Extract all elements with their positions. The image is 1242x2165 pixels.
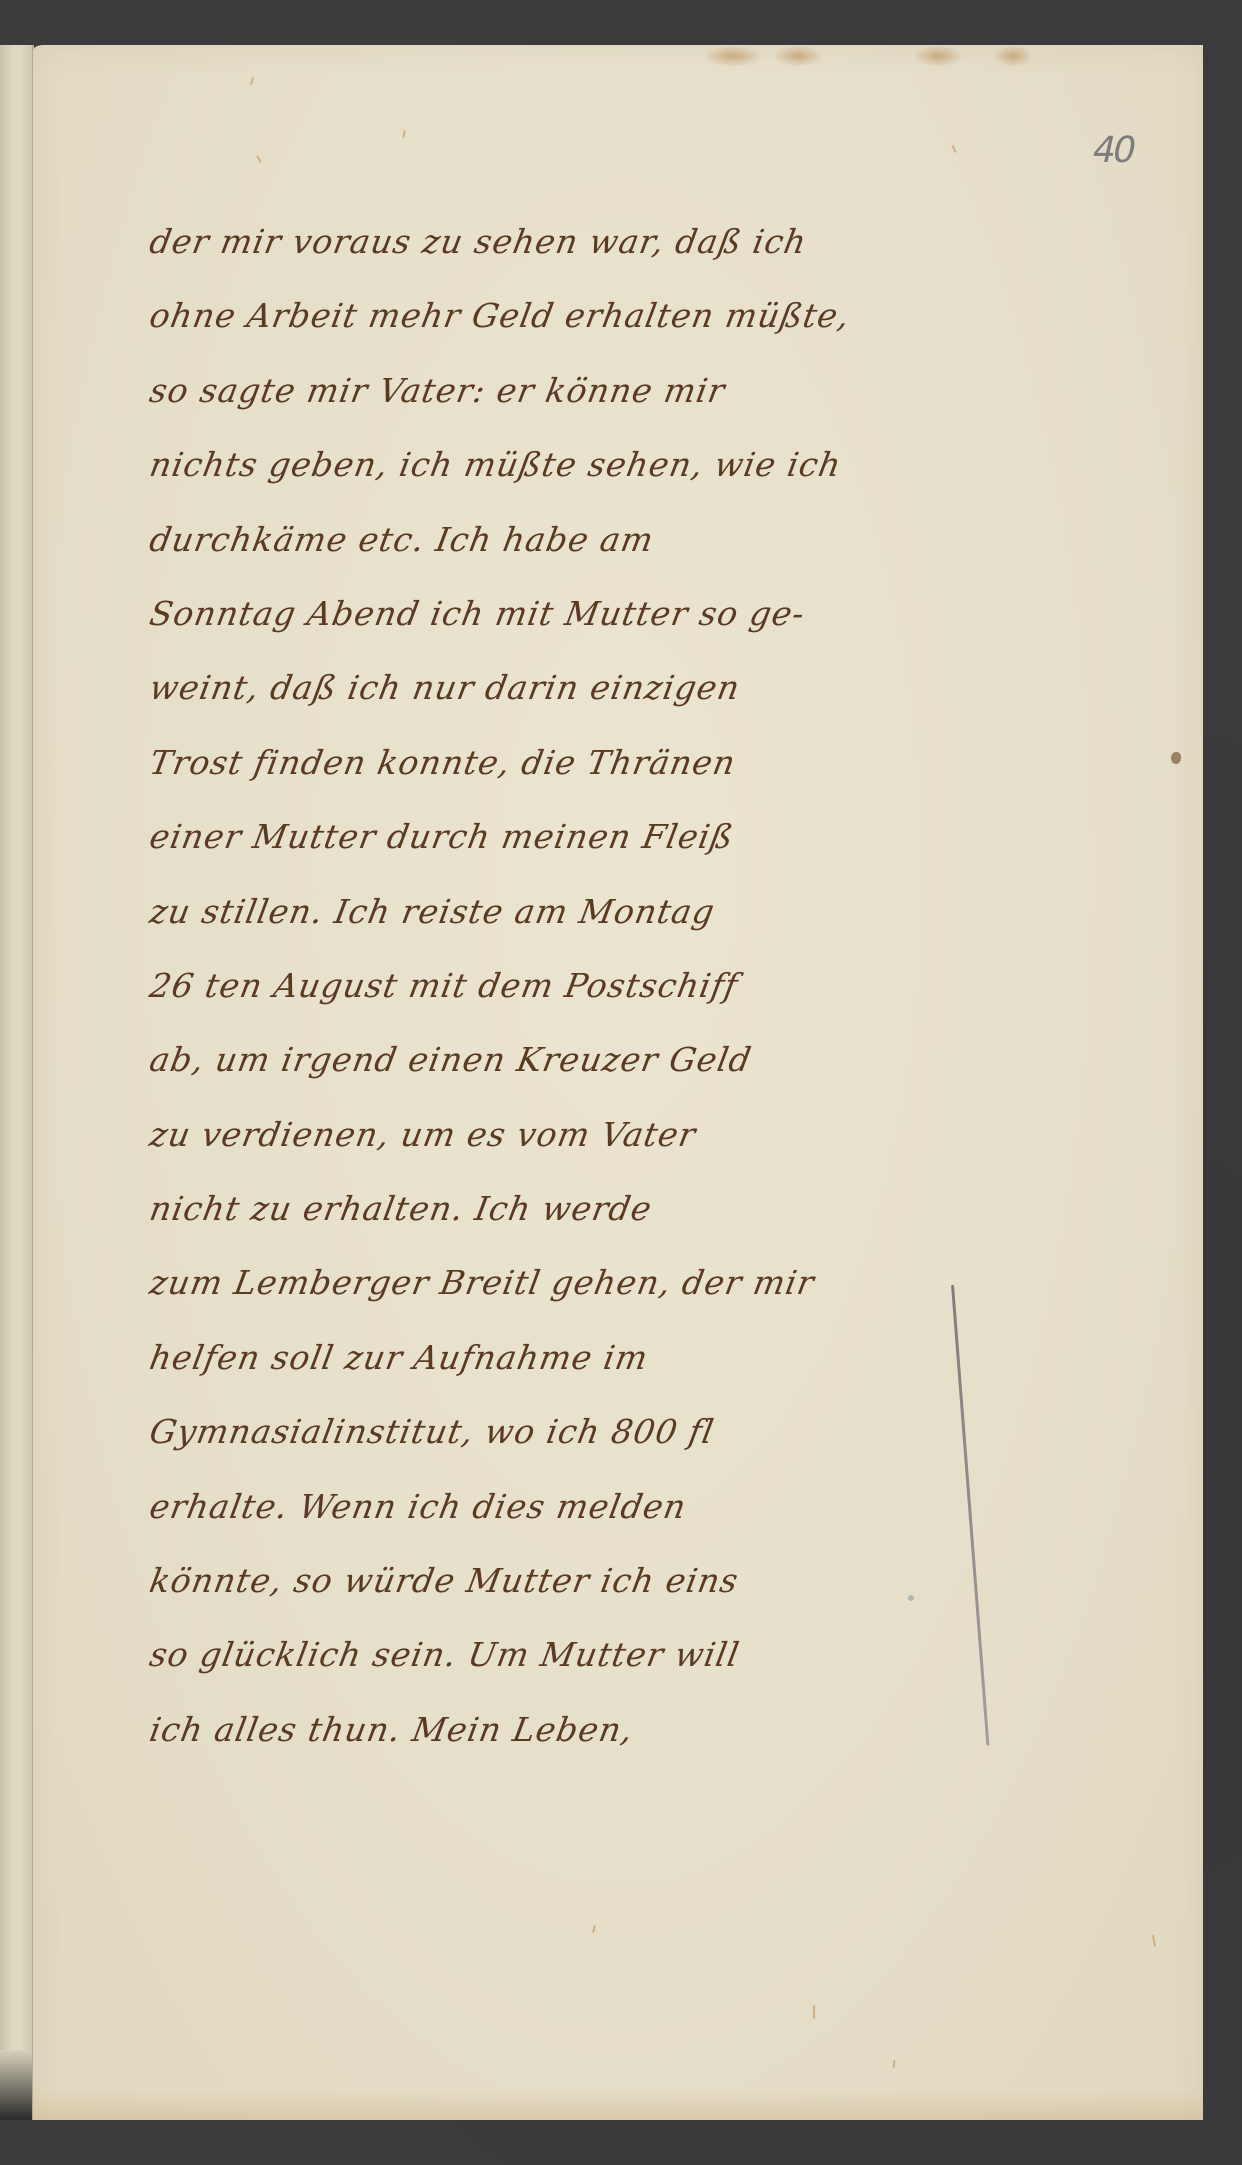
handwritten-line: Gymnasialinstitut, wo ich 800 fl [143,1395,986,1469]
paper-fleck [1152,1935,1156,1947]
paper-fleck [893,2060,896,2068]
paper-fleck [592,1925,596,1933]
water-stain [703,45,763,67]
handwritten-line: Trost finden konnte, die Thränen [143,726,986,800]
binding-shadow [0,2050,32,2120]
handwritten-line: der mir voraus zu sehen war, daß ich [143,205,986,279]
folio-number: 40 [1089,130,1138,171]
paper-speck [908,1595,914,1601]
handwritten-line: nicht zu erhalten. Ich werde [143,1172,986,1246]
handwritten-line: weint, daß ich nur darin einzigen [143,651,986,725]
handwritten-line: Sonntag Abend ich mit Mutter so ge- [143,577,986,651]
handwritten-line: zu verdienen, um es vom Vater [143,1098,986,1172]
handwritten-text-block: der mir voraus zu sehen war, daß ich ohn… [150,205,980,1767]
water-stain [993,45,1033,67]
handwritten-line: durchkäme etc. Ich habe am [143,503,986,577]
handwritten-line: ab, um irgend einen Kreuzer Geld [143,1023,986,1097]
handwritten-line: einer Mutter durch meinen Fleiß [143,800,986,874]
handwritten-line: nichts geben, ich müßte sehen, wie ich [143,428,986,502]
paper-fleck [813,2005,815,2019]
previous-page-edge [0,45,34,2120]
paper-fleck [256,155,262,163]
water-stain [773,45,823,67]
handwritten-line: zu stillen. Ich reiste am Montag [143,875,986,949]
handwritten-line: so sagte mir Vater: er könne mir [143,354,986,428]
handwritten-line: ich alles thun. Mein Leben, [143,1693,986,1767]
handwritten-line: könnte, so würde Mutter ich eins [143,1544,986,1618]
handwritten-line: 26 ten August mit dem Postschiff [143,949,986,1023]
paper-fleck [402,130,405,138]
water-stain [913,45,963,67]
paper-fleck [951,145,956,153]
ink-blot [1171,752,1181,764]
handwritten-line: erhalte. Wenn ich dies melden [143,1470,986,1544]
handwritten-line: helfen soll zur Aufnahme im [143,1321,986,1395]
binding-strip [0,45,12,2120]
handwritten-line: so glücklich sein. Um Mutter will [143,1618,986,1692]
page-bottom-discoloration [33,2090,1203,2120]
handwritten-line: zum Lemberger Breitl gehen, der mir [143,1246,986,1320]
handwritten-line: ohne Arbeit mehr Geld erhalten müßte, [143,279,986,353]
paper-fleck [250,77,255,85]
